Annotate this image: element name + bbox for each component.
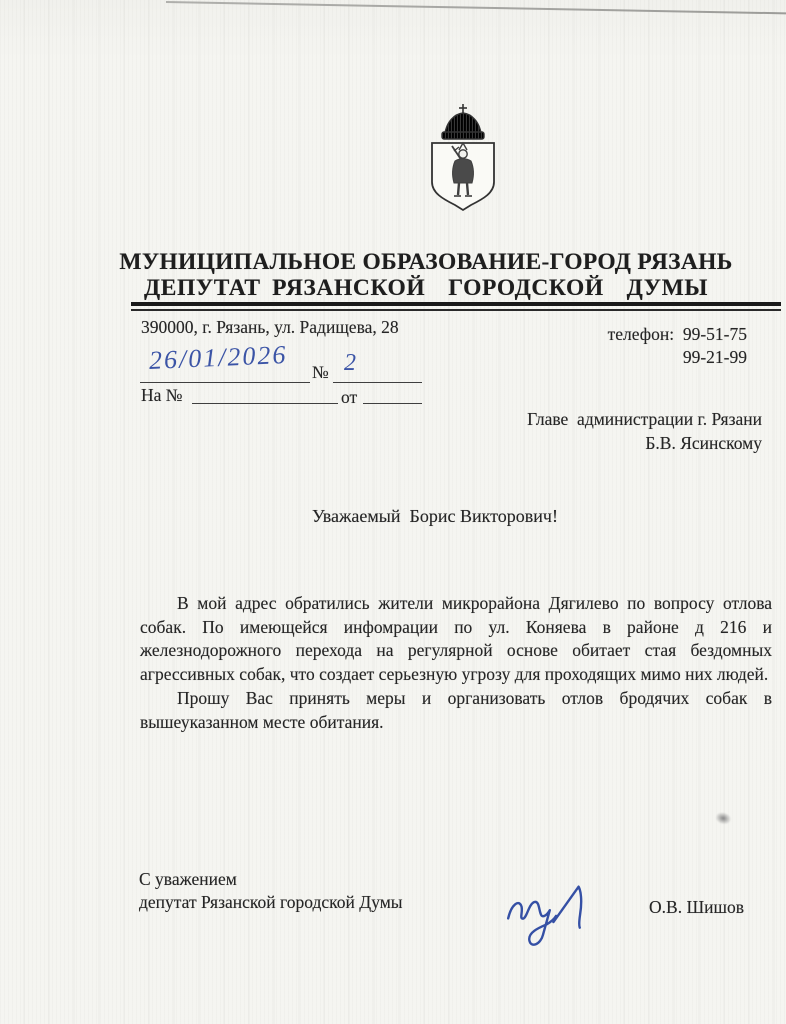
phone-label: телефон:	[608, 324, 674, 344]
letter-body: В мой адрес обратились жители микрорайон…	[140, 592, 772, 734]
scan-smudge-artifact	[715, 810, 734, 827]
number-underline	[333, 382, 422, 383]
phone-number-2: 99-21-99	[683, 347, 747, 367]
incoming-number-underline	[192, 403, 338, 404]
organization-title: МУНИЦИПАЛЬНОЕ ОБРАЗОВАНИЕ-ГОРОД РЯЗАНЬ	[100, 249, 752, 276]
closing-respectfully: С уважением	[139, 869, 237, 889]
scanned-letter-page: МУНИЦИПАЛЬНОЕ ОБРАЗОВАНИЕ-ГОРОД РЯЗАНЬ Д…	[0, 0, 786, 1024]
letter-paragraph-1: В мой адрес обратились жители микрорайон…	[140, 592, 772, 687]
phone-block: телефон: 99-51-7599-21-99	[608, 323, 747, 369]
handwritten-signature-icon	[494, 871, 614, 957]
organization-subtitle: ДЕПУТАТ РЯЗАНСКОЙ ГОРОДСКОЙ ДУМЫ	[100, 275, 752, 302]
incoming-from-label: от	[341, 387, 357, 408]
closing-block: С уважениемдепутат Рязанской городской Д…	[139, 868, 403, 914]
salutation: Уважаемый Борис Викторович!	[140, 506, 730, 527]
addressee-block: Главе администрации г. РязаниБ.В. Ясинск…	[527, 408, 762, 455]
document-number-sign: №	[312, 362, 329, 383]
closing-position: депутат Рязанской городской Думы	[139, 892, 403, 912]
addressee-title: Главе администрации г. Рязани	[527, 409, 762, 429]
incoming-date-underline	[363, 403, 422, 404]
phone-gap	[674, 324, 683, 344]
handwritten-date: 26/01/2026	[148, 340, 288, 376]
incoming-number-label: На №	[141, 385, 182, 406]
sender-address: 390000, г. Рязань, ул. Радищева, 28	[141, 317, 399, 338]
phone-number-1: 99-51-75	[683, 324, 747, 344]
signer-name: О.В. Шишов	[649, 897, 744, 918]
addressee-name: Б.В. Ясинскому	[645, 433, 762, 453]
scan-edge-artifact	[166, 1, 786, 15]
letter-paragraph-2: Прошу Вас принять меры и организовать от…	[140, 687, 772, 734]
handwritten-document-number: 2	[344, 350, 356, 377]
ryazan-coat-of-arms-icon	[423, 102, 503, 216]
header-divider	[131, 302, 781, 311]
date-underline	[140, 382, 310, 383]
